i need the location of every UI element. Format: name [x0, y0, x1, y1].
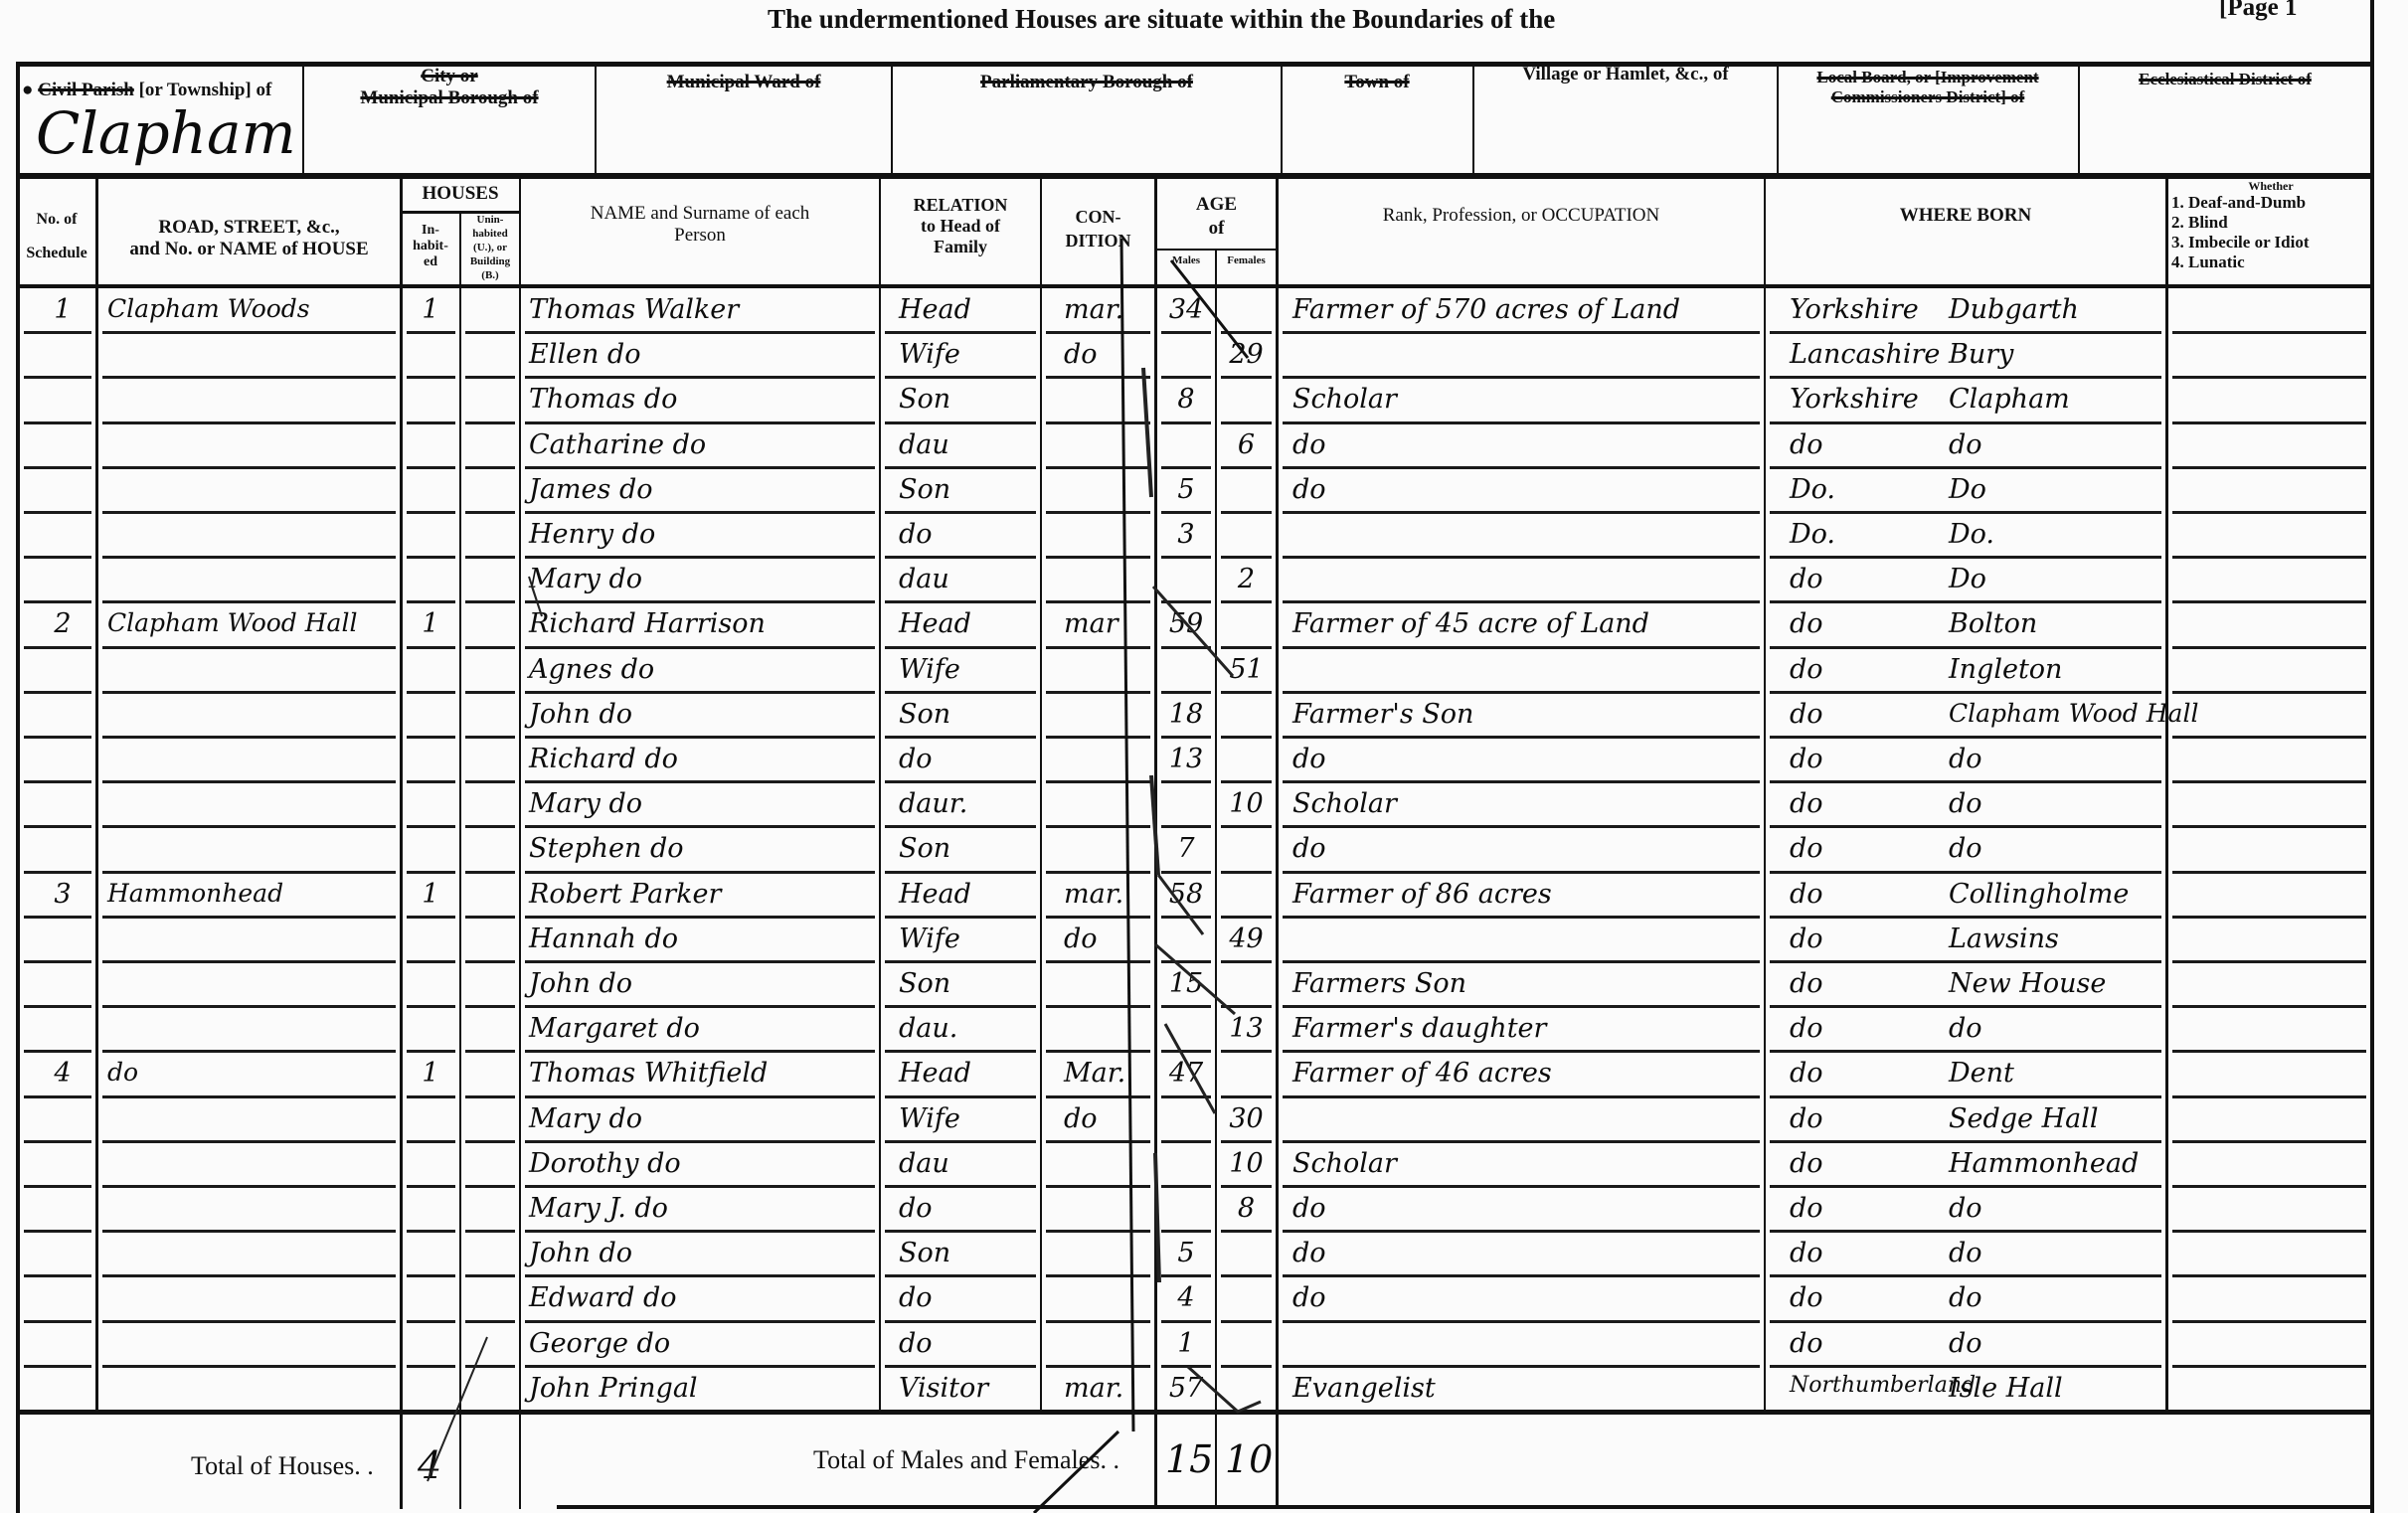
- tally-strokes: [0, 0, 2408, 1513]
